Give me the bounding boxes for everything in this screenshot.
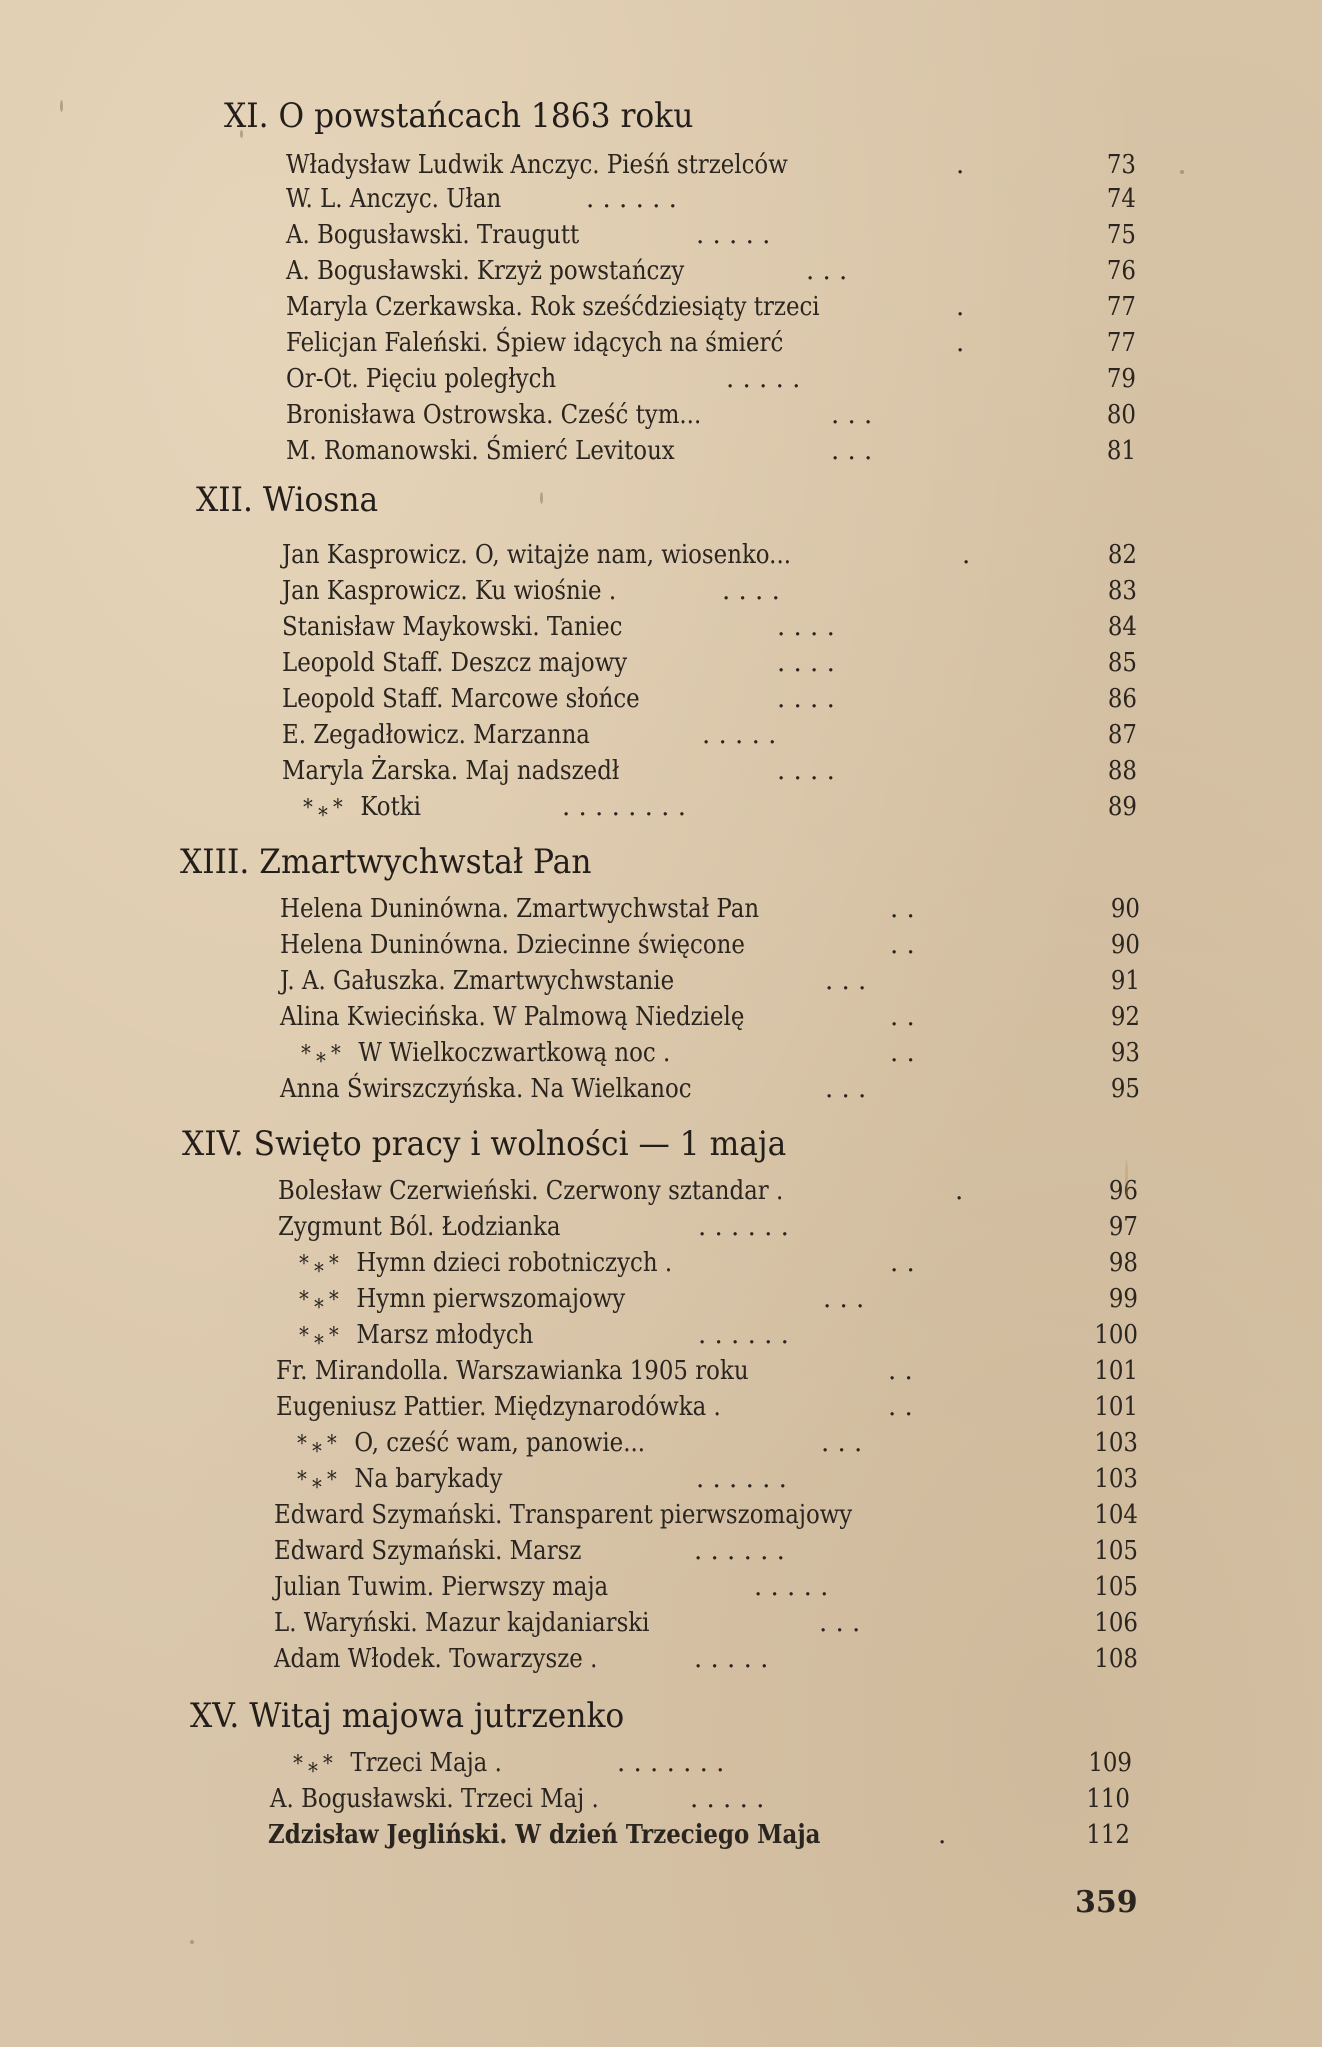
leader-dots: . . . .: [777, 612, 835, 642]
toc-entry: Or-Ot. Pięciu poległych . . . . . 79: [286, 364, 1186, 400]
entry-title: Trzeci Maja .: [350, 1748, 502, 1778]
section-heading: XIV. Swięto pracy i wolności — 1 maja: [182, 1124, 786, 1164]
leader-dots: . . . .: [722, 576, 780, 606]
leader-dots: . . .: [831, 436, 872, 466]
toc-entry: Julian Tuwim. Pierwszy maja . . . . . 10…: [274, 1572, 1174, 1608]
entry-text: A. Bogusławski. Traugutt: [286, 220, 579, 250]
entry-text: Władysław Ludwik Anczyc. Pieśń strzelców: [286, 150, 788, 180]
toc-entry: Helena Duninówna. Dziecinne święcone . .…: [280, 930, 1180, 966]
leader-dots: . . .: [825, 1074, 866, 1104]
paper-speck: [1180, 170, 1184, 174]
toc-entry-anonymous: ***Hymn pierwszomajowy . . . 99: [278, 1284, 1178, 1320]
toc-entry: Felicjan Faleński. Śpiew idących na śmie…: [286, 328, 1186, 364]
leader-dots: . .: [890, 1038, 915, 1068]
leader-dots: .: [956, 292, 964, 322]
entry-text: Edward Szymański. Transparent pierwszoma…: [274, 1500, 852, 1530]
leader-dots: . . .: [831, 400, 872, 430]
entry-text: ***Hymn pierwszomajowy: [278, 1284, 625, 1314]
toc-entry-anonymous: ***Trzeci Maja . . . . . . . . 109: [272, 1748, 1172, 1784]
anonymous-asterisks: ***: [299, 1288, 344, 1313]
entry-page: 84: [1084, 612, 1137, 642]
paper-speck: [1125, 1160, 1128, 1200]
entry-page: 89: [1084, 792, 1137, 822]
entry-page: 81: [1083, 436, 1136, 466]
entry-page: 95: [1087, 1074, 1140, 1104]
section-title: Witaj majowa jutrzenko: [249, 1696, 624, 1736]
toc-entry-anonymous: ***Na barykady . . . . . . 103: [276, 1464, 1176, 1500]
entry-text: Leopold Staff. Deszcz majowy: [282, 648, 627, 678]
entry-page: 105: [1085, 1572, 1138, 1602]
leader-dots: . . .: [825, 966, 866, 996]
entry-text: Helena Duninówna. Zmartwychwstał Pan: [280, 894, 759, 924]
entry-page: 85: [1084, 648, 1137, 678]
leader-dots: . . .: [821, 1428, 862, 1458]
entry-page: 93: [1087, 1038, 1140, 1068]
entry-page: 74: [1083, 184, 1136, 214]
leader-dots: .: [938, 1820, 946, 1850]
entry-text: Bronisława Ostrowska. Cześć tym...: [286, 400, 701, 430]
entry-page: 103: [1085, 1428, 1138, 1458]
leader-dots: . . .: [823, 1284, 864, 1314]
toc-entry: Władysław Ludwik Anczyc. Pieśń strzelców…: [286, 150, 1186, 186]
entry-text: Or-Ot. Pięciu poległych: [286, 364, 556, 394]
toc-entry: Bolesław Czerwieński. Czerwony sztandar …: [278, 1176, 1178, 1212]
entry-title: Na barykady: [354, 1464, 502, 1494]
entry-page: 96: [1085, 1176, 1138, 1206]
toc-entry: A. Bogusławski. Krzyż powstańczy . . . 7…: [286, 256, 1186, 292]
entry-page: 105: [1085, 1536, 1138, 1566]
leader-dots: . . . .: [777, 756, 835, 786]
toc-entry: Adam Włodek. Towarzysze . . . . . . 108: [274, 1644, 1174, 1680]
leader-dots: . . .: [819, 1608, 860, 1638]
entry-title: Marsz młodych: [356, 1320, 533, 1350]
entry-text: Maryla Żarska. Maj nadszedł: [282, 756, 619, 786]
entry-text: E. Zegadłowicz. Marzanna: [282, 720, 590, 750]
toc-entry: Anna Świrszczyńska. Na Wielkanoc . . . 9…: [280, 1074, 1180, 1110]
section-numeral: XII.: [196, 480, 253, 520]
section-numeral: XIV.: [182, 1124, 244, 1164]
entry-title: Hymn dzieci robotniczych .: [356, 1248, 672, 1278]
toc-entry: Helena Duninówna. Zmartwychwstał Pan . .…: [280, 894, 1180, 930]
leader-dots: . .: [888, 1356, 913, 1386]
toc-entry-anonymous: ***Hymn dzieci robotniczych . . . 98: [278, 1248, 1178, 1284]
entry-page: 104: [1085, 1500, 1138, 1530]
leader-dots: . . . . .: [726, 364, 800, 394]
entry-page: 73: [1083, 150, 1136, 180]
page-number: 359: [1075, 1885, 1138, 1920]
entry-page: 101: [1085, 1356, 1138, 1386]
toc-entry-anonymous: ***W Wielkoczwartkową noc . . . 93: [280, 1038, 1180, 1074]
entry-page: 99: [1085, 1284, 1138, 1314]
entry-title: O, cześć wam, panowie...: [354, 1428, 645, 1458]
toc-entry: W. L. Anczyc. Ułan . . . . . . 74: [286, 184, 1186, 220]
entry-page: 90: [1087, 930, 1140, 960]
entry-text: ***Marsz młodych: [278, 1320, 533, 1350]
entry-text: Maryla Czerkawska. Rok sześćdziesiąty tr…: [286, 292, 820, 322]
anonymous-asterisks: ***: [301, 1042, 346, 1067]
entry-page: 98: [1085, 1248, 1138, 1278]
anonymous-asterisks: ***: [297, 1432, 342, 1457]
leader-dots: . . . . . .: [694, 1536, 785, 1566]
leader-dots: . . . . .: [694, 1644, 768, 1674]
entry-title: Hymn pierwszomajowy: [356, 1284, 625, 1314]
toc-entry: Eugeniusz Pattier. Międzynarodówka . . .…: [276, 1392, 1176, 1428]
toc-entry: Edward Szymański. Transparent pierwszoma…: [274, 1500, 1174, 1536]
leader-dots: . .: [890, 930, 915, 960]
toc-entry: Zdzisław Jegliński. W dzień Trzeciego Ma…: [268, 1820, 1168, 1856]
entry-text: Zygmunt Ból. Łodzianka: [278, 1212, 561, 1242]
entry-page: 106: [1085, 1608, 1138, 1638]
leader-dots: . . . . . .: [586, 184, 677, 214]
leader-dots: . . . .: [777, 684, 835, 714]
section-numeral: XV.: [190, 1696, 239, 1736]
entry-page: 112: [1077, 1820, 1130, 1850]
paper-speck: [190, 1940, 194, 1944]
paper-speck: [60, 100, 63, 112]
toc-entry: M. Romanowski. Śmierć Levitoux . . . 81: [286, 436, 1186, 472]
section-heading: XI. O powstańcach 1863 roku: [224, 96, 693, 136]
toc-entry: Maryla Czerkawska. Rok sześćdziesiąty tr…: [286, 292, 1186, 328]
leader-dots: . . . .: [777, 648, 835, 678]
entry-page: 87: [1084, 720, 1137, 750]
toc-entry: Bronisława Ostrowska. Cześć tym... . . .…: [286, 400, 1186, 436]
toc-entry: Zygmunt Ból. Łodzianka . . . . . . 97: [278, 1212, 1178, 1248]
leader-dots: . .: [888, 1392, 913, 1422]
entry-text: Alina Kwiecińska. W Palmową Niedzielę: [280, 1002, 744, 1032]
toc-entry: A. Bogusławski. Trzeci Maj . . . . . . 1…: [270, 1784, 1170, 1820]
section-title: Wiosna: [263, 480, 378, 520]
toc-entry: E. Zegadłowicz. Marzanna . . . . . 87: [282, 720, 1182, 756]
toc-entry: J. A. Gałuszka. Zmartwychwstanie . . . 9…: [280, 966, 1180, 1002]
section-title: O powstańcach 1863 roku: [279, 96, 694, 136]
entry-text: ***W Wielkoczwartkową noc .: [280, 1038, 670, 1068]
section-title: Swięto pracy i wolności — 1 maja: [254, 1124, 787, 1164]
entry-text: Helena Duninówna. Dziecinne święcone: [280, 930, 745, 960]
entry-text: L. Waryński. Mazur kajdaniarski: [274, 1608, 649, 1638]
toc-entry-anonymous: ***O, cześć wam, panowie... . . . 103: [276, 1428, 1176, 1464]
entry-text: Edward Szymański. Marsz: [274, 1536, 581, 1566]
entry-text: W. L. Anczyc. Ułan: [286, 184, 501, 214]
leader-dots: . . . . . . . .: [562, 792, 686, 822]
anonymous-asterisks: ***: [299, 1252, 344, 1277]
entry-text: Zdzisław Jegliński. W dzień Trzeciego Ma…: [268, 1820, 820, 1850]
entry-text: M. Romanowski. Śmierć Levitoux: [286, 436, 675, 466]
entry-text: ***Kotki: [282, 792, 421, 822]
toc-entry: Maryla Żarska. Maj nadszedł . . . . 88: [282, 756, 1182, 792]
toc-entry: L. Waryński. Mazur kajdaniarski . . . 10…: [274, 1608, 1174, 1644]
section-heading: XII. Wiosna: [196, 480, 378, 520]
entry-title: W Wielkoczwartkową noc .: [358, 1038, 670, 1068]
toc-entry: Alina Kwiecińska. W Palmową Niedzielę . …: [280, 1002, 1180, 1038]
entry-text: Jan Kasprowicz. Ku wiośnie .: [282, 576, 616, 606]
toc-entry: Fr. Mirandolla. Warszawianka 1905 roku .…: [276, 1356, 1176, 1392]
entry-text: Leopold Staff. Marcowe słońce: [282, 684, 640, 714]
leader-dots: . .: [890, 1248, 915, 1278]
toc-entry: A. Bogusławski. Traugutt . . . . . 75: [286, 220, 1186, 256]
anonymous-asterisks: ***: [303, 796, 348, 821]
paper-speck: [540, 492, 543, 504]
anonymous-asterisks: ***: [293, 1752, 338, 1777]
entry-page: 109: [1079, 1748, 1132, 1778]
toc-entry: Edward Szymański. Marsz . . . . . . 105: [274, 1536, 1174, 1572]
leader-dots: . . . . .: [702, 720, 776, 750]
entry-page: 88: [1084, 756, 1137, 786]
section-heading: XV. Witaj majowa jutrzenko: [190, 1696, 624, 1736]
toc-entry: Leopold Staff. Marcowe słońce . . . . 86: [282, 684, 1182, 720]
entry-text: ***Trzeci Maja .: [272, 1748, 502, 1778]
toc-entry: Leopold Staff. Deszcz majowy . . . . 85: [282, 648, 1182, 684]
entry-text: J. A. Gałuszka. Zmartwychwstanie: [280, 966, 674, 996]
entry-text: Jan Kasprowicz. O, witajże nam, wiosenko…: [282, 540, 791, 570]
leader-dots: . . . . .: [696, 220, 770, 250]
entry-text: Bolesław Czerwieński. Czerwony sztandar …: [278, 1176, 783, 1206]
leader-dots: . . . . .: [754, 1572, 828, 1602]
entry-page: 110: [1077, 1784, 1130, 1814]
entry-page: 90: [1087, 894, 1140, 924]
leader-dots: .: [956, 328, 964, 358]
toc-page: XI. O powstańcach 1863 roku Władysław Lu…: [0, 0, 1322, 2047]
entry-page: 97: [1085, 1212, 1138, 1242]
leader-dots: . .: [890, 894, 915, 924]
entry-text: Adam Włodek. Towarzysze .: [274, 1644, 597, 1674]
toc-entry-anonymous: ***Kotki . . . . . . . . 89: [282, 792, 1182, 828]
entry-page: 92: [1087, 1002, 1140, 1032]
entry-text: Eugeniusz Pattier. Międzynarodówka .: [276, 1392, 721, 1422]
entry-page: 79: [1083, 364, 1136, 394]
toc-entry: Jan Kasprowicz. Ku wiośnie . . . . . 83: [282, 576, 1182, 612]
anonymous-asterisks: ***: [297, 1468, 342, 1493]
entry-text: A. Bogusławski. Trzeci Maj .: [270, 1784, 599, 1814]
leader-dots: . . . . . .: [698, 1212, 789, 1242]
entry-page: 82: [1084, 540, 1137, 570]
entry-page: 75: [1083, 220, 1136, 250]
entry-text: ***Hymn dzieci robotniczych .: [278, 1248, 672, 1278]
entry-page: 100: [1085, 1320, 1138, 1350]
entry-text: ***O, cześć wam, panowie...: [276, 1428, 645, 1458]
leader-dots: . . . . . . .: [617, 1748, 724, 1778]
entry-text: A. Bogusławski. Krzyż powstańczy: [286, 256, 684, 286]
toc-entry: Jan Kasprowicz. O, witajże nam, wiosenko…: [282, 540, 1182, 576]
entry-page: 108: [1085, 1644, 1138, 1674]
leader-dots: . . . . . .: [696, 1464, 787, 1494]
leader-dots: . . . . .: [690, 1784, 764, 1814]
leader-dots: . .: [890, 1002, 915, 1032]
entry-title: Kotki: [360, 792, 421, 822]
entry-page: 80: [1083, 400, 1136, 430]
entry-text: Fr. Mirandolla. Warszawianka 1905 roku: [276, 1356, 749, 1386]
entry-text: Felicjan Faleński. Śpiew idących na śmie…: [286, 328, 783, 358]
entry-text: Julian Tuwim. Pierwszy maja: [274, 1572, 608, 1602]
entry-text: Stanisław Maykowski. Taniec: [282, 612, 622, 642]
section-numeral: XI.: [224, 96, 269, 136]
entry-page: 103: [1085, 1464, 1138, 1494]
section-title: Zmartwychwstał Pan: [259, 842, 591, 882]
entry-page: 76: [1083, 256, 1136, 286]
leader-dots: .: [956, 150, 964, 180]
leader-dots: . . .: [806, 256, 847, 286]
toc-entry-anonymous: ***Marsz młodych . . . . . . 100: [278, 1320, 1178, 1356]
entry-page: 91: [1087, 966, 1140, 996]
entry-page: 83: [1084, 576, 1137, 606]
entry-text: ***Na barykady: [276, 1464, 502, 1494]
toc-entry: Stanisław Maykowski. Taniec . . . . 84: [282, 612, 1182, 648]
entry-page: 77: [1083, 292, 1136, 322]
entry-text: Anna Świrszczyńska. Na Wielkanoc: [280, 1074, 692, 1104]
anonymous-asterisks: ***: [299, 1324, 344, 1349]
section-numeral: XIII.: [180, 842, 249, 882]
paper-speck: [240, 130, 243, 138]
leader-dots: .: [955, 1176, 963, 1206]
entry-page: 101: [1085, 1392, 1138, 1422]
section-heading: XIII. Zmartwychwstał Pan: [180, 842, 591, 882]
entry-page: 77: [1083, 328, 1136, 358]
leader-dots: . . . . . .: [698, 1320, 789, 1350]
leader-dots: .: [962, 540, 970, 570]
entry-page: 86: [1084, 684, 1137, 714]
